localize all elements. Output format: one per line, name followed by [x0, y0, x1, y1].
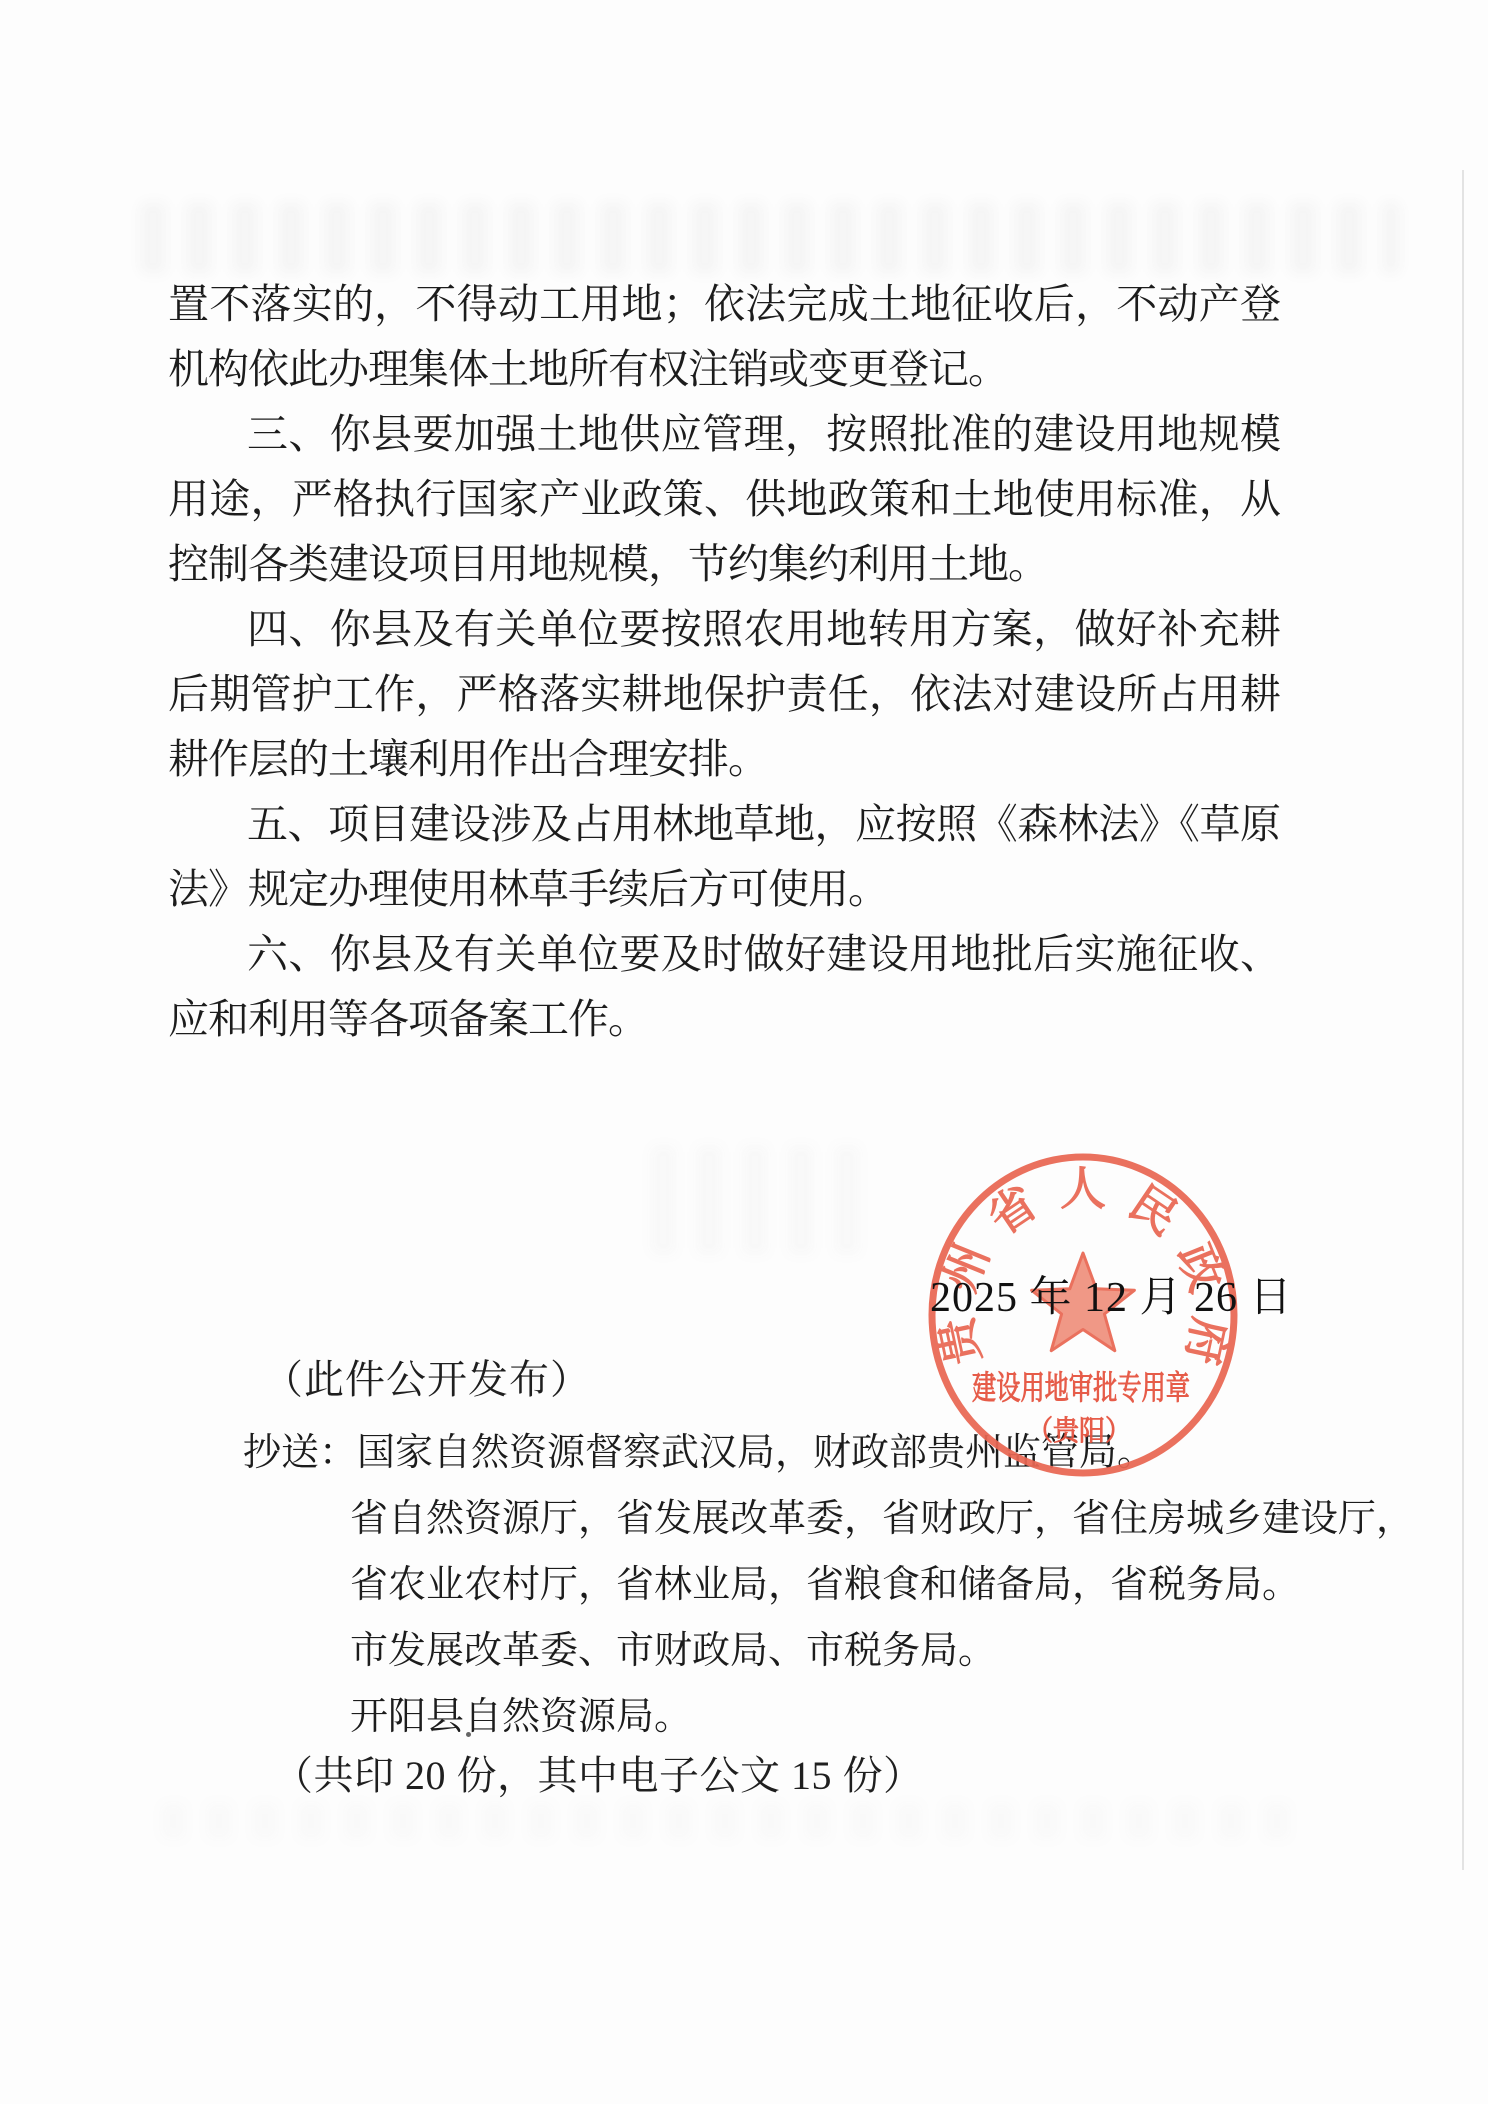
cc-label: 抄送： [243, 1420, 357, 1486]
body-line: 后期管护工作，严格落实耕地保护责任，依法对建设所占用耕地 [168, 662, 1280, 727]
body-line: 三、你县要加强土地供应管理，按照批准的建设用地规模和 [168, 402, 1280, 467]
scanned-document-page: 置不落实的，不得动工用地；依法完成土地征收后，不动产登记 机构依此办理集体土地所… [0, 0, 1488, 2104]
body-line: 应和利用等各项备案工作。 [168, 987, 1280, 1052]
print-count-note: （共印 20 份，其中电子公文 15 份） [273, 1752, 924, 1800]
seal-title: 建设用地审批专用章 [972, 1369, 1190, 1406]
seal-subtitle: （贵阳） [1027, 1415, 1131, 1446]
cc-line: 市发展改革委、市财政局、市税务局。 [350, 1618, 1463, 1684]
body-text: 置不落实的，不得动工用地；依法完成土地征收后，不动产登记 机构依此办理集体土地所… [168, 272, 1280, 1052]
body-line: 用途，严格执行国家产业政策、供地政策和土地使用标准，从严 [168, 467, 1280, 532]
body-line: 控制各类建设项目用地规模，节约集约利用土地。 [168, 532, 1280, 597]
body-line: 耕作层的土壤利用作出合理安排。 [168, 727, 1280, 792]
ink-bleed-smudge [160, 1802, 1310, 1840]
cc-block: 抄送： 国家自然资源督察武汉局，财政部贵州监管局。 省自然资源厅，省发展改革委，… [243, 1420, 1463, 1750]
cc-line: 省自然资源厅，省发展改革委，省财政厅，省住房城乡建设厅， [350, 1486, 1463, 1552]
body-line: 四、你县及有关单位要按照农用地转用方案，做好补充耕地 [168, 597, 1280, 662]
ink-bleed-smudge [650, 1145, 880, 1255]
cc-line: 开阳县自然资源局。 [350, 1684, 1463, 1750]
body-line: 六、你县及有关单位要及时做好建设用地批后实施征收、供 [168, 922, 1280, 987]
body-line: 机构依此办理集体土地所有权注销或变更登记。 [168, 337, 1280, 402]
issue-date: 2025 年 12 月 26 日 [930, 1272, 1293, 1324]
svg-text:人: 人 [1060, 1164, 1106, 1215]
body-line: 置不落实的，不得动工用地；依法完成土地征收后，不动产登记 [168, 272, 1280, 337]
public-release-note: （此件公开发布） [263, 1356, 591, 1404]
ink-bleed-smudge [140, 202, 1400, 274]
body-line: 五、项目建设涉及占用林地草地，应按照《森林法》《草原 [168, 792, 1280, 857]
body-line: 法》规定办理使用林草手续后方可使用。 [168, 857, 1280, 922]
cc-line: 省农业农村厅，省林业局，省粮食和储备局，省税务局。 [350, 1552, 1463, 1618]
